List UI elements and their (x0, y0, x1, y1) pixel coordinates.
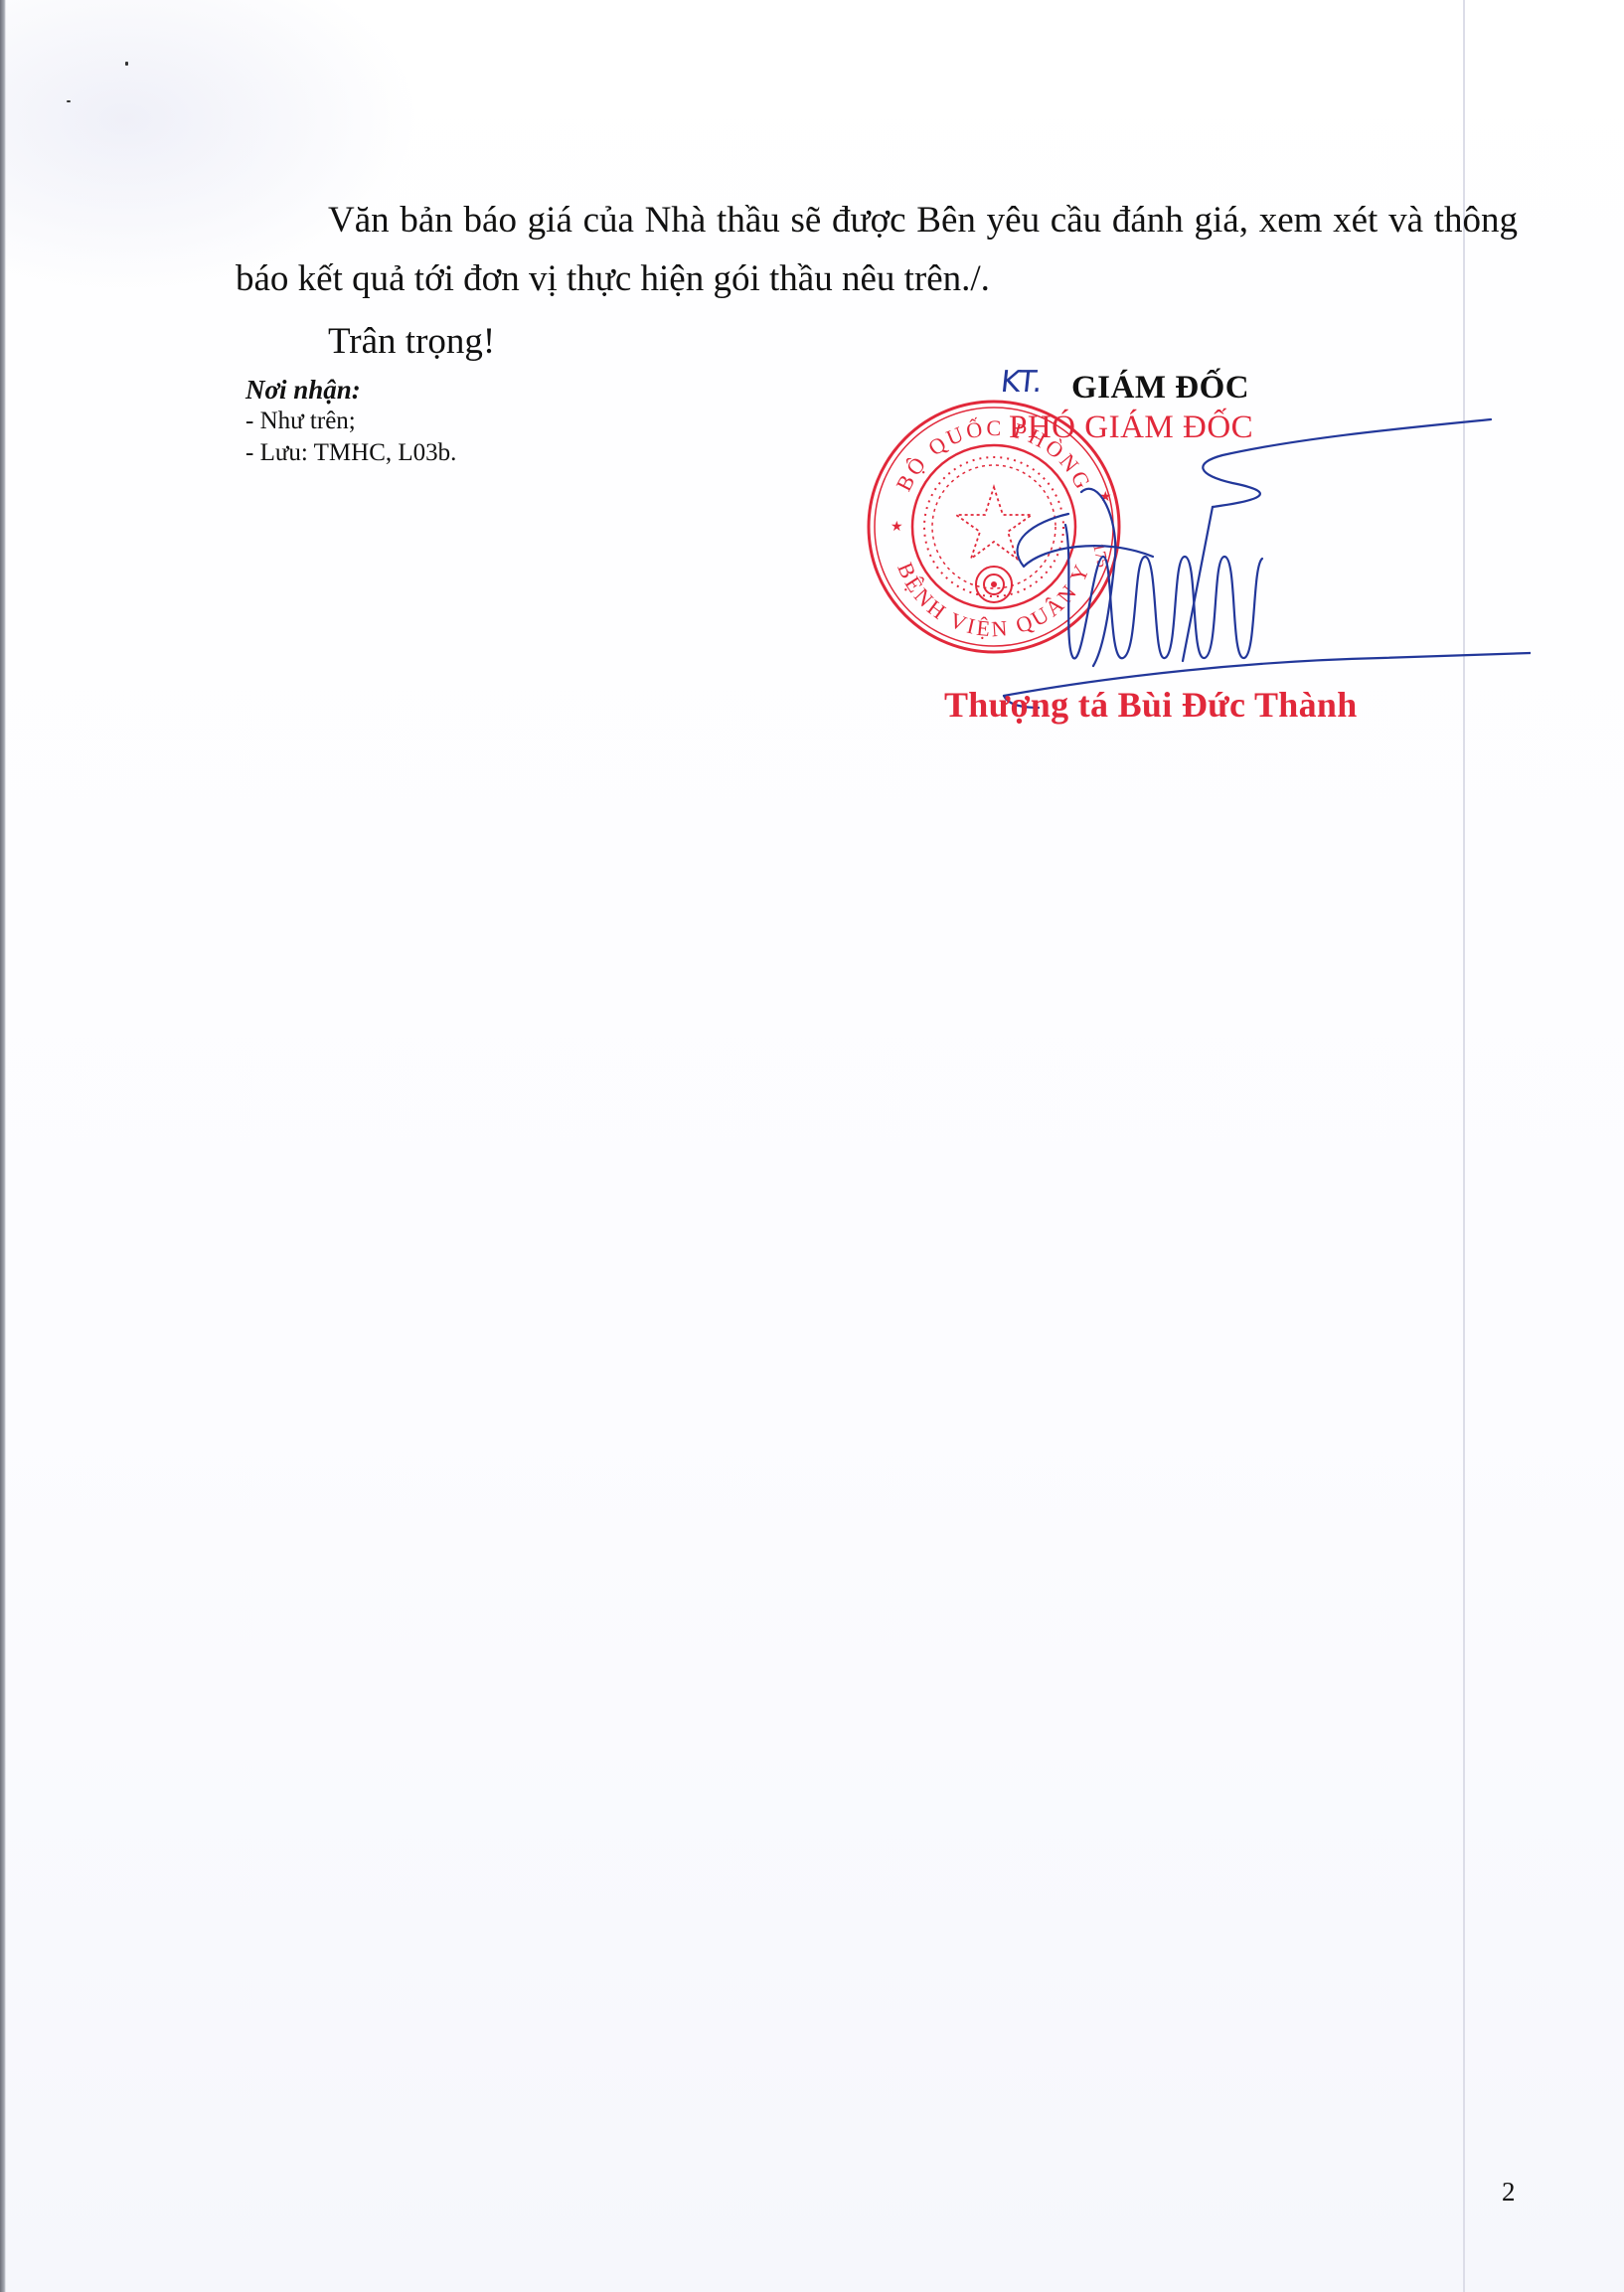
document-page: Văn bản báo giá của Nhà thầu sẽ được Bên… (0, 0, 1624, 2292)
recipients-block: Nơi nhận: - Như trên; - Lưu: TMHC, L03b. (245, 374, 456, 469)
page-number: 2 (1502, 2177, 1516, 2208)
handwritten-signature-icon (855, 398, 1531, 716)
body-paragraph: Văn bản báo giá của Nhà thầu sẽ được Bên… (236, 191, 1518, 308)
scan-left-edge (0, 0, 6, 2292)
closing-line: Trân trọng! (236, 312, 1518, 371)
on-behalf-mark: KT. (999, 365, 1044, 400)
scan-speck (125, 62, 128, 66)
body-text: Văn bản báo giá của Nhà thầu sẽ được Bên… (236, 191, 1518, 371)
recipient-item: - Như trên; (245, 406, 456, 437)
recipient-item: - Lưu: TMHC, L03b. (245, 437, 456, 469)
recipients-heading: Nơi nhận: (245, 374, 456, 406)
signer-name: Thượng tá Bùi Đức Thành (944, 684, 1358, 726)
scan-speck (67, 100, 71, 102)
